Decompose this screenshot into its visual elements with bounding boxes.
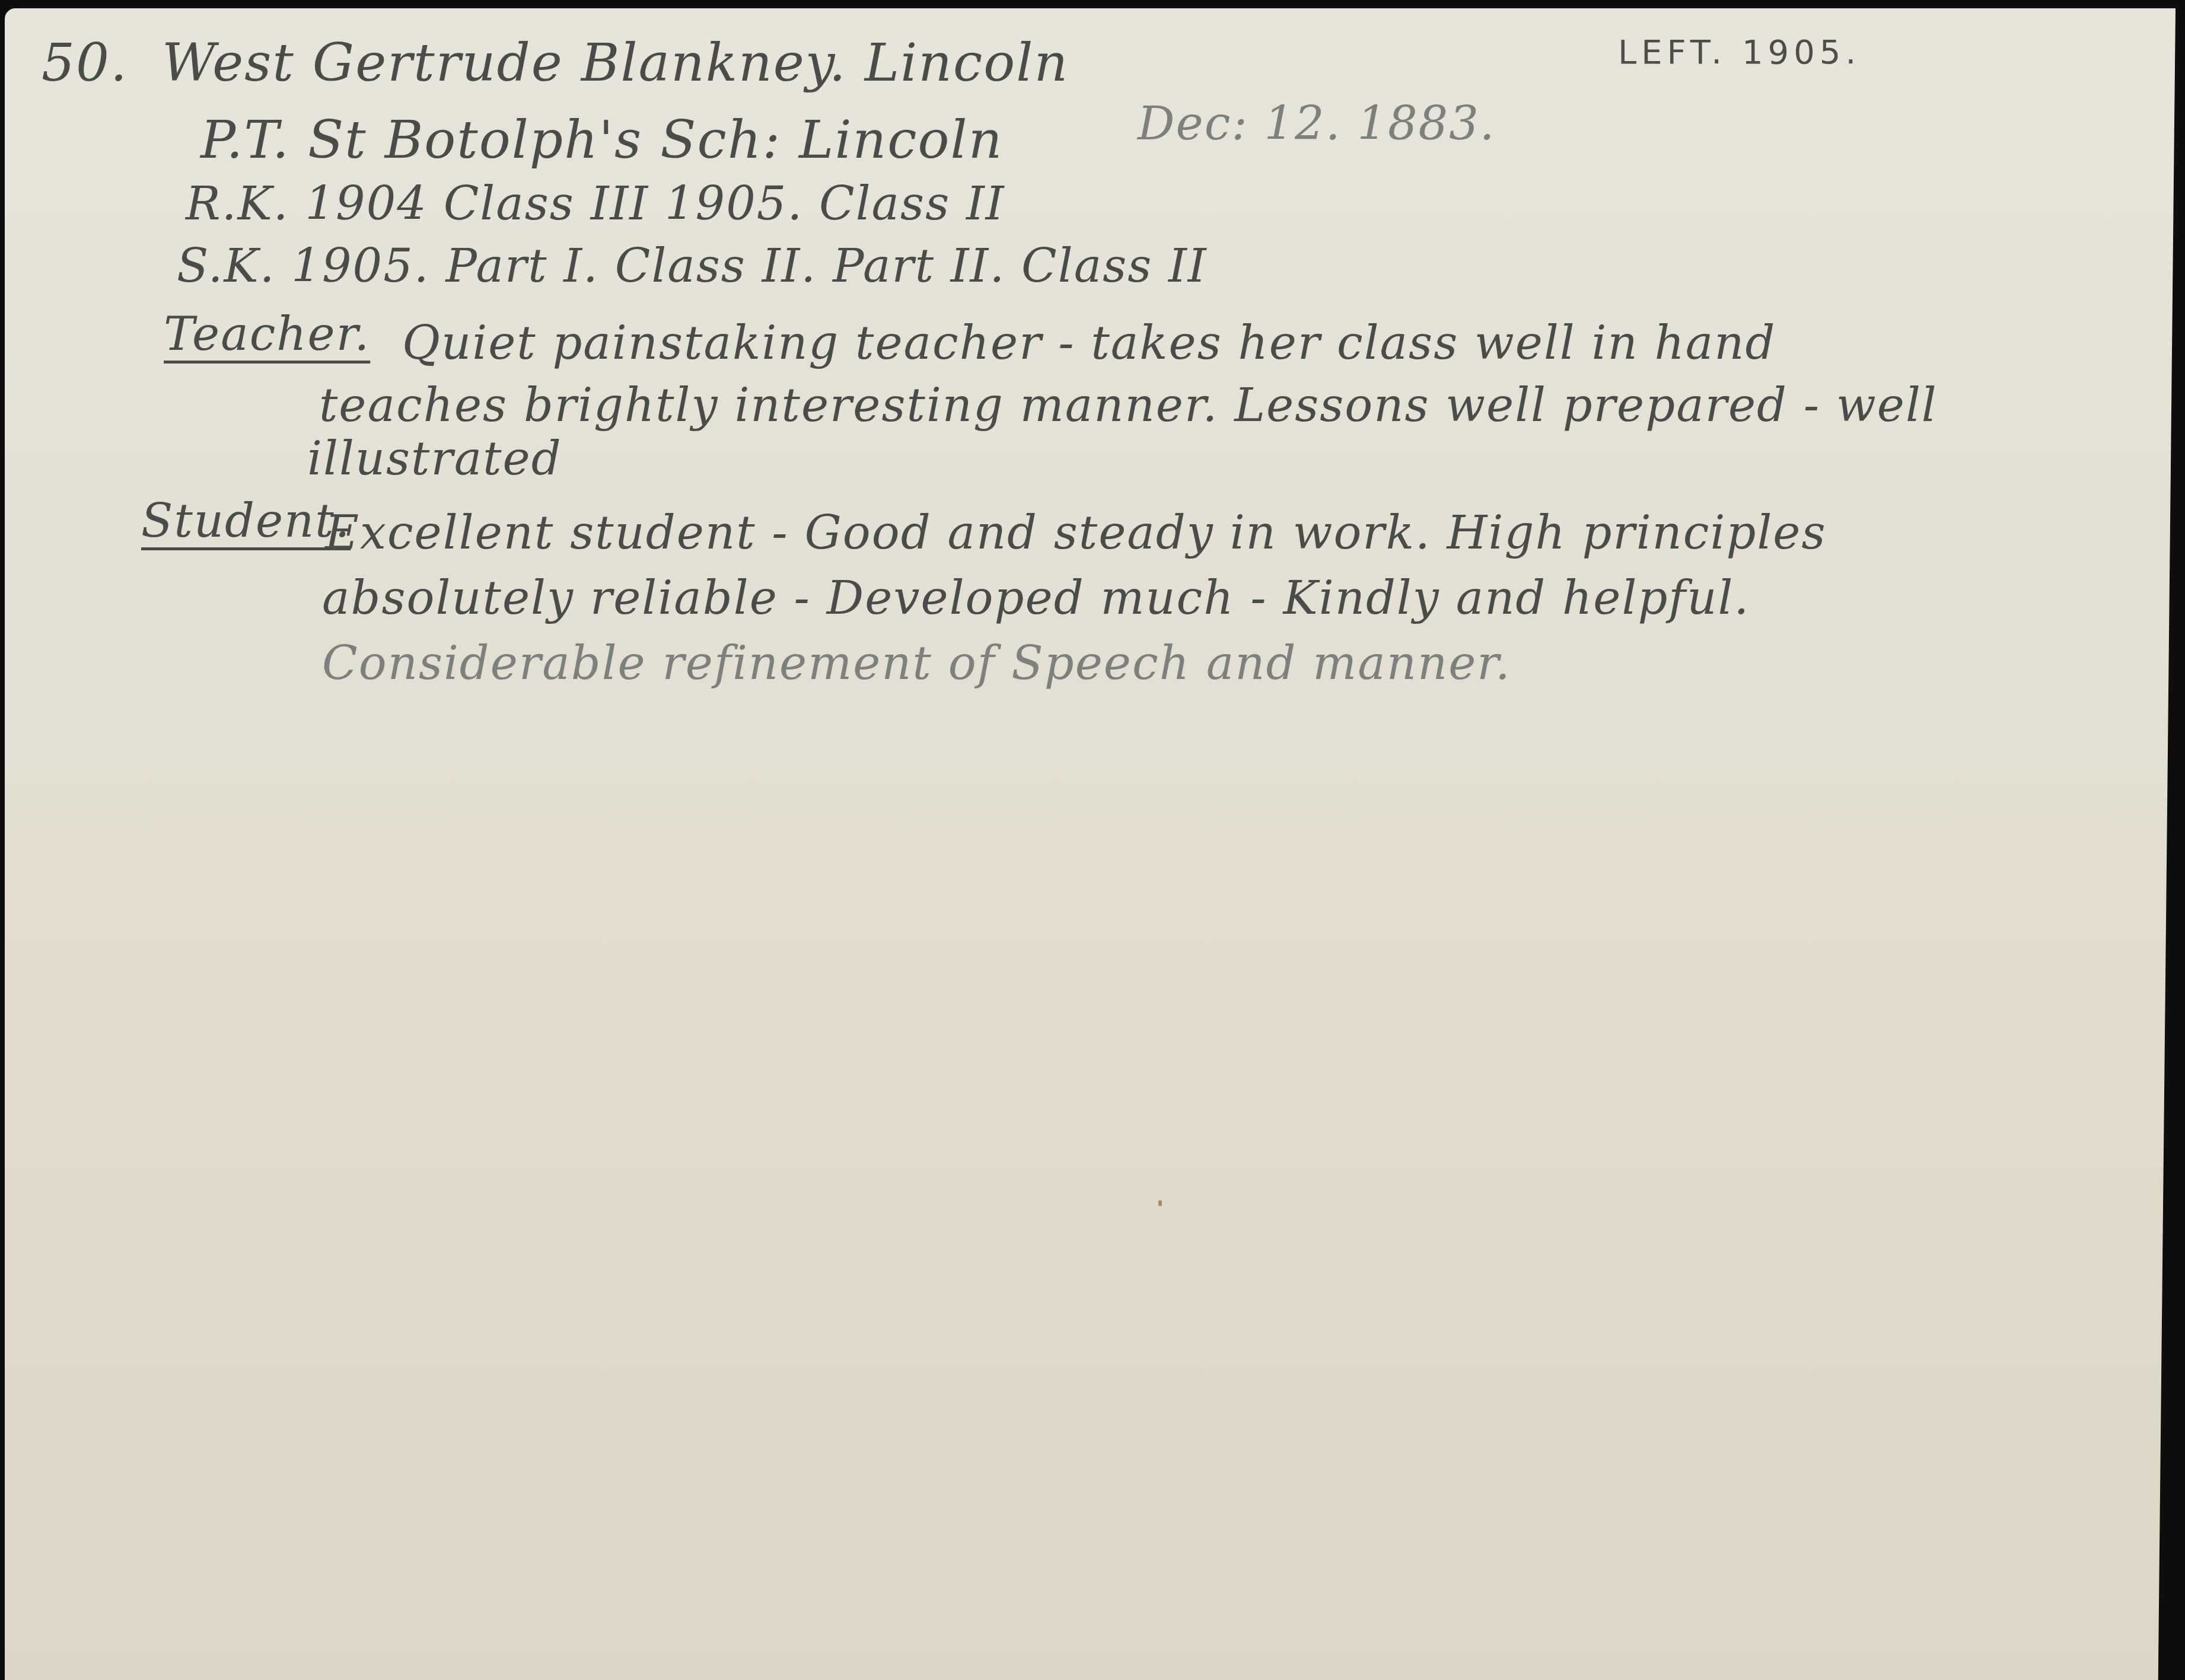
birth-date: Dec: 12. 1883. [1138,97,1496,151]
record-card: 50. West Gertrude Blankney. Lincoln LEFT… [5,8,2176,1680]
teacher-remark-line-3: illustrated [307,432,562,486]
paper-blemish [1158,1200,1162,1206]
teacher-label: Teacher. [164,308,370,361]
left-year: LEFT. 1905. [1618,33,1861,72]
student-remark-line-3: Considerable refinement of Speech and ma… [322,637,1511,690]
student-name-line: West Gertrude Blankney. Lincoln [162,32,1069,93]
teacher-remark-line-1: Quiet painstaking teacher - takes her cl… [402,317,1776,370]
student-remark-line-1: Excellent student - Good and steady in w… [325,506,1827,560]
teacher-remark-line-2: teaches brightly interesting manner. Les… [319,379,1938,432]
card-number: 50. [42,32,128,93]
student-remark-line-2: absolutely reliable - Developed much - K… [322,572,1750,625]
rk-exam-line: R.K. 1904 Class III 1905. Class II [186,177,1005,231]
student-label: Student. [141,495,351,548]
pupil-teacher-line: P.T. St Botolph's Sch: Lincoln [200,109,1003,170]
sk-exam-line: S.K. 1905. Part I. Class II. Part II. Cl… [177,240,1208,293]
